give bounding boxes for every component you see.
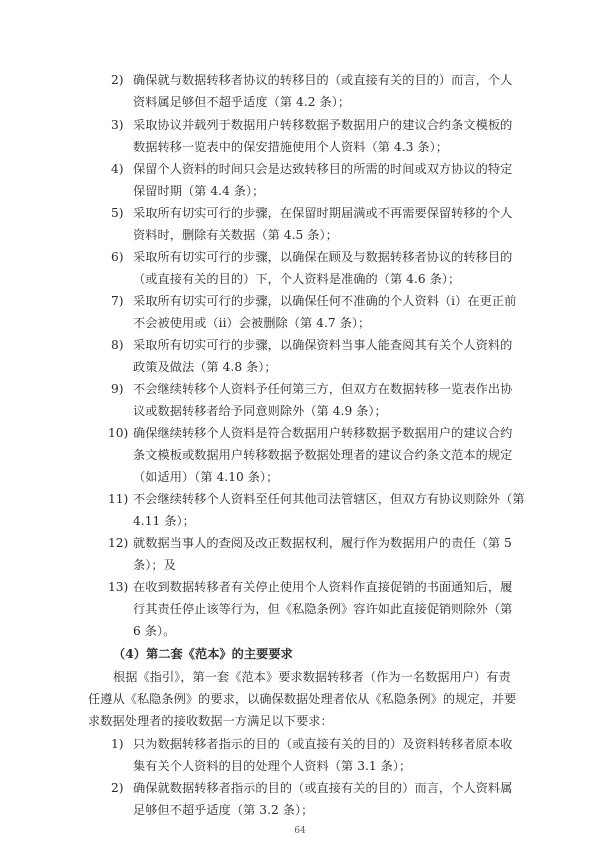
list-item-text: 采取所有切实可行的步骤，以确保任何不准确的个人资料（i）在更正前 — [133, 293, 516, 309]
list-item-text: 不会继续转移个人资料予任何第三方，但双方在数据转移一览表作出协 — [133, 381, 512, 397]
list-item-text: 只为数据转移者指示的目的（或直接有关的目的）及资料转移者原本收 — [133, 736, 512, 752]
paragraph-line: 求数据处理者的接收数据一方满足以下要求： — [88, 713, 333, 729]
list-item-number: 2) — [111, 780, 124, 796]
list-item-number: 11) — [108, 491, 128, 507]
list-item-number: 13) — [108, 579, 128, 595]
list-item-text: 资料属足够但不超乎适度（第 4.2 条）； — [133, 94, 350, 110]
list-item-text: 不会继续转移个人资料至任何其他司法管辖区，但双方有协议则除外（第 — [133, 491, 525, 507]
list-item-text: 确保就与数据转移者协议的转移目的（或直接有关的目的）而言，个人 — [133, 72, 512, 88]
list-item-number: 7) — [111, 293, 124, 309]
list-item-number: 8) — [111, 337, 124, 353]
list-item-text: 集有关个人资料的目的处理个人资料（第 3.1 条）； — [133, 758, 411, 774]
list-item-text: 保留时期（第 4.4 条）； — [133, 183, 264, 199]
list-item-text: 4.11 条）； — [133, 513, 195, 529]
list-item-text: 足够但不超乎适度（第 3.2 条）； — [133, 802, 313, 818]
list-item-text: 数据转移一览表中的保安措施使用个人资料（第 4.3 条）； — [133, 139, 448, 155]
list-item-text: 保留个人资料的时间只会是达致转移目的所需的时间或双方协议的特定 — [133, 161, 512, 177]
list-item-text: 不会被使用或（ii）会被删除（第 4.7 条）； — [133, 315, 370, 331]
list-item-number: 6) — [111, 249, 124, 265]
list-item-number: 2) — [111, 72, 124, 88]
list-item-text: （或直接有关的目的）下，个人资料是准确的（第 4.6 条）； — [133, 271, 460, 287]
list-item-number: 12) — [108, 535, 128, 551]
list-item-number: 9) — [111, 381, 124, 397]
list-item-text: 议或数据转移者给予同意则除外（第 4.9 条）； — [133, 403, 387, 419]
list-item-text: 行其责任停止该等行为，但《私隐条例》容许如此直接促销则除外（第 — [133, 601, 512, 617]
list-item-text: 确保就数据转移者指示的目的（或直接有关的目的）而言，个人资料属 — [133, 780, 512, 796]
list-item-number: 1) — [111, 736, 124, 752]
list-item-number: 10) — [108, 425, 128, 441]
list-item-text: 确保继续转移个人资料是符合数据用户转移数据予数据用户的建议合约 — [133, 425, 512, 441]
list-item-text: 政策及做法（第 4.8 条）； — [133, 359, 277, 375]
list-item-text: 就数据当事人的查阅及改正数据权利，履行作为数据用户的责任（第 5 — [133, 535, 512, 551]
list-item-number: 4) — [111, 161, 124, 177]
list-item-number: 3) — [111, 117, 124, 133]
list-item-text: （如适用）（第 4.10 条）； — [133, 469, 278, 485]
list-item-text: 采取所有切实可行的步骤，以确保资料当事人能查阅其有关个人资料的 — [133, 337, 512, 353]
list-item-number: 5) — [111, 205, 124, 221]
paragraph-line: 根据《指引》，第一套《范本》要求数据转移者（作为一名数据用户）有责 — [113, 669, 511, 685]
list-item-text: 条文模板或数据用户转移数据予数据处理者的建议合约条文范本的规定 — [133, 447, 512, 463]
list-item-text: 在收到数据转移者有关停止使用个人资料作直接促销的书面通知后，履 — [133, 579, 512, 595]
list-item-text: 采取所有切实可行的步骤，以确保在顾及与数据转移者协议的转移目的 — [133, 249, 512, 265]
list-item-text: 采取协议并载列于数据用户转移数据予数据用户的建议合约条文模板的 — [133, 117, 512, 133]
list-item-text: 采取所有切实可行的步骤，在保留时期届满或不再需要保留转移的个人 — [133, 205, 512, 221]
section-heading: （4）第二套《范本》的主要要求 — [113, 646, 293, 662]
document-page: 2) 确保就与数据转移者协议的转移目的（或直接有关的目的）而言，个人 资料属足够… — [0, 0, 600, 848]
list-item-text: 6 条）。 — [133, 623, 175, 639]
paragraph-line: 任遵从《私隐条例》的要求，以确保数据处理者依从《私隐条例》的规定，并要 — [88, 691, 516, 707]
list-item-text: 条）；及 — [133, 557, 176, 573]
page-number: 64 — [0, 826, 600, 836]
list-item-text: 资料时，删除有关数据（第 4.5 条）； — [133, 227, 338, 243]
